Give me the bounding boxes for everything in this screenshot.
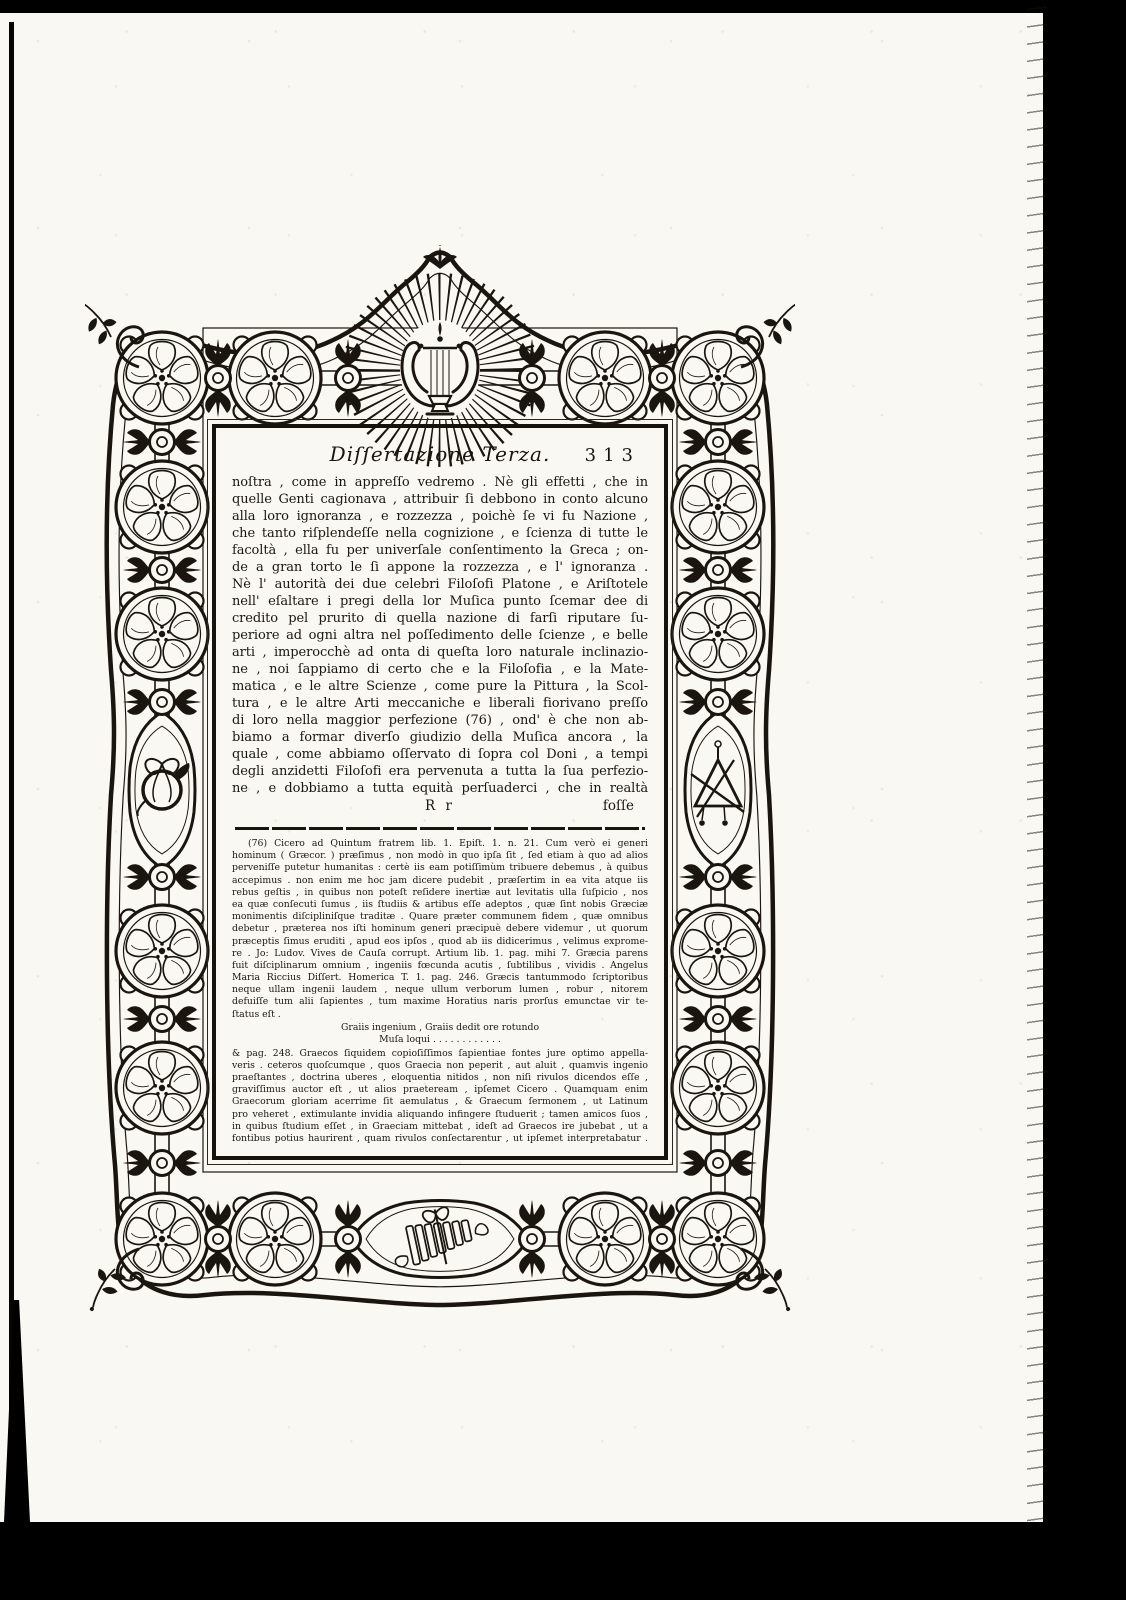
page-edge-fray xyxy=(1027,0,1047,1522)
footnote-line: & pag. 248. Graecos ſiquidem copioſiſſim… xyxy=(232,1048,648,1060)
footnote-line: rebus geſtis , in quibus non poteſt reſi… xyxy=(232,887,648,899)
body-text-line: biamo a formar diverſo giudizio della Mu… xyxy=(232,729,648,746)
body-text: noſtra , come in appreſſo vedremo . Nè g… xyxy=(232,474,648,797)
catchword: foſſe xyxy=(603,798,634,814)
body-text-line: noſtra , come in appreſſo vedremo . Nè g… xyxy=(232,474,648,491)
footnote-line: in quibus ſtudium eſſet , in Graeciam mi… xyxy=(232,1121,648,1133)
scan-edge-left xyxy=(9,22,14,1504)
footnote-line: perveniſſe putetur humanitas : certè iis… xyxy=(232,862,648,874)
signature-line: R r foſſe xyxy=(232,798,648,817)
body-text-line: quelle Genti cagionava , attribuir ſi de… xyxy=(232,491,648,508)
footnote-line: ſtatus eſt . xyxy=(232,1009,648,1021)
lyre-ornament xyxy=(400,320,480,420)
footnote-verse: Graiis ingenium , Graiis dedit ore rotun… xyxy=(232,1022,648,1047)
footnote-line: (76) Cicero ad Quintum fratrem lib. 1. E… xyxy=(232,838,648,850)
footnote-line: præceptis ſimus eruditi , apud eos ipſos… xyxy=(232,936,648,948)
body-text-line: ne , noi ſappiamo di certo che e la Filo… xyxy=(232,661,648,678)
page-header: Diſſertazione Terza. 313 xyxy=(232,442,648,469)
body-text-line: alla loro ignoranza , e rozzezza , poich… xyxy=(232,508,648,525)
footnote-text: (76) Cicero ad Quintum fratrem lib. 1. E… xyxy=(232,838,648,1021)
body-text-line: facoltà , ella fu per univerſale conſent… xyxy=(232,542,648,559)
verse-line: Muſa loqui . . . . . . . . . . . . xyxy=(232,1034,648,1046)
scanned-book-page: Diſſertazione Terza. 313 noſtra , come i… xyxy=(0,0,1126,1600)
footnote-line: defuiſſe tum alii ſapientes , tum maxime… xyxy=(232,996,648,1008)
panpipes-medallion xyxy=(352,1199,528,1277)
footnote-line: praeſtantes , doctrina uberes , eloquent… xyxy=(232,1072,648,1084)
hunting-horn-medallion xyxy=(129,712,195,868)
body-text-line: tura , e le altre Arti meccaniche e libe… xyxy=(232,695,648,712)
footnote-line: Graecorum gloriam acerrime ſit aemulatus… xyxy=(232,1096,648,1108)
footnote-line: neque ullam ingenii laudem , neque ullum… xyxy=(232,984,648,996)
footnote-rule xyxy=(235,827,645,830)
footnote-line: ea quæ conſecuti ſumus , iis ſtudiis & a… xyxy=(232,899,648,911)
footnote-line: fontibus potius haurirent , quam rivulos… xyxy=(232,1133,648,1145)
footnote-line: debetur , præterea nos iſti hominum gene… xyxy=(232,923,648,935)
body-text-line: nell' eſaltare i pregi della lor Muſica … xyxy=(232,593,648,610)
body-text-line: degli anzidetti Filoſofi era pervenuta a… xyxy=(232,763,648,780)
body-text-line: ne , e dobbiamo a tutta equità perſuader… xyxy=(232,780,648,797)
verse-line: Graiis ingenium , Graiis dedit ore rotun… xyxy=(232,1022,648,1034)
body-text-line: de a gran torto le ſi appone la rozzezza… xyxy=(232,559,648,576)
body-text-line: credito pel prurito di quella nazione di… xyxy=(232,610,648,627)
page-number: 313 xyxy=(585,445,640,466)
body-text-line: che tanto riſplendeſſe nella cognizione … xyxy=(232,525,648,542)
body-text-line: periore ad ogni altra nel poſſedimento d… xyxy=(232,627,648,644)
body-text-line: quale , come abbiamo oſſervato di ſopra … xyxy=(232,746,648,763)
body-text-line: arti , imperocchè ad onta di queſta loro… xyxy=(232,644,648,661)
body-text-line: Nè l' autorità dei due celebri Filoſofi … xyxy=(232,576,648,593)
body-text-line: matica , e le altre Scienze , come pure … xyxy=(232,678,648,695)
footnote-line: graviſſimus auctor eſt , ut alios praete… xyxy=(232,1084,648,1096)
footnote-line: veris . ceteros quoſcumque , quos Graeci… xyxy=(232,1060,648,1072)
scan-edge-top xyxy=(0,0,1052,13)
text-block: Diſſertazione Terza. 313 noſtra , come i… xyxy=(212,424,668,1160)
footnote-line: hominum ( Græcor. ) præſimus , non modò … xyxy=(232,850,648,862)
footnote-continuation: & pag. 248. Graecos ſiquidem copioſiſſim… xyxy=(232,1048,648,1146)
body-text-line: di loro nella maggior perfezione (76) , … xyxy=(232,712,648,729)
footnote-line: pro veheret , extimulante invidia aliqua… xyxy=(232,1109,648,1121)
footnote-line: re . Jo: Ludov. Vives de Cauſa corrupt. … xyxy=(232,948,648,960)
footnote-line: Maria Riccius Diſſert. Homerica T. 1. pa… xyxy=(232,972,648,984)
triangle-instrument-medallion xyxy=(685,712,751,868)
footnote-line: fuit diſciplinarum omnium , ingeniis fœc… xyxy=(232,960,648,972)
footnote-line: monimentis diſcipliniſque traditæ . Quar… xyxy=(232,911,648,923)
fleuron-finial xyxy=(423,245,457,269)
signature-mark: R r xyxy=(232,798,648,814)
footnote-line: accepimus . non enim me hoc jam dicere p… xyxy=(232,875,648,887)
